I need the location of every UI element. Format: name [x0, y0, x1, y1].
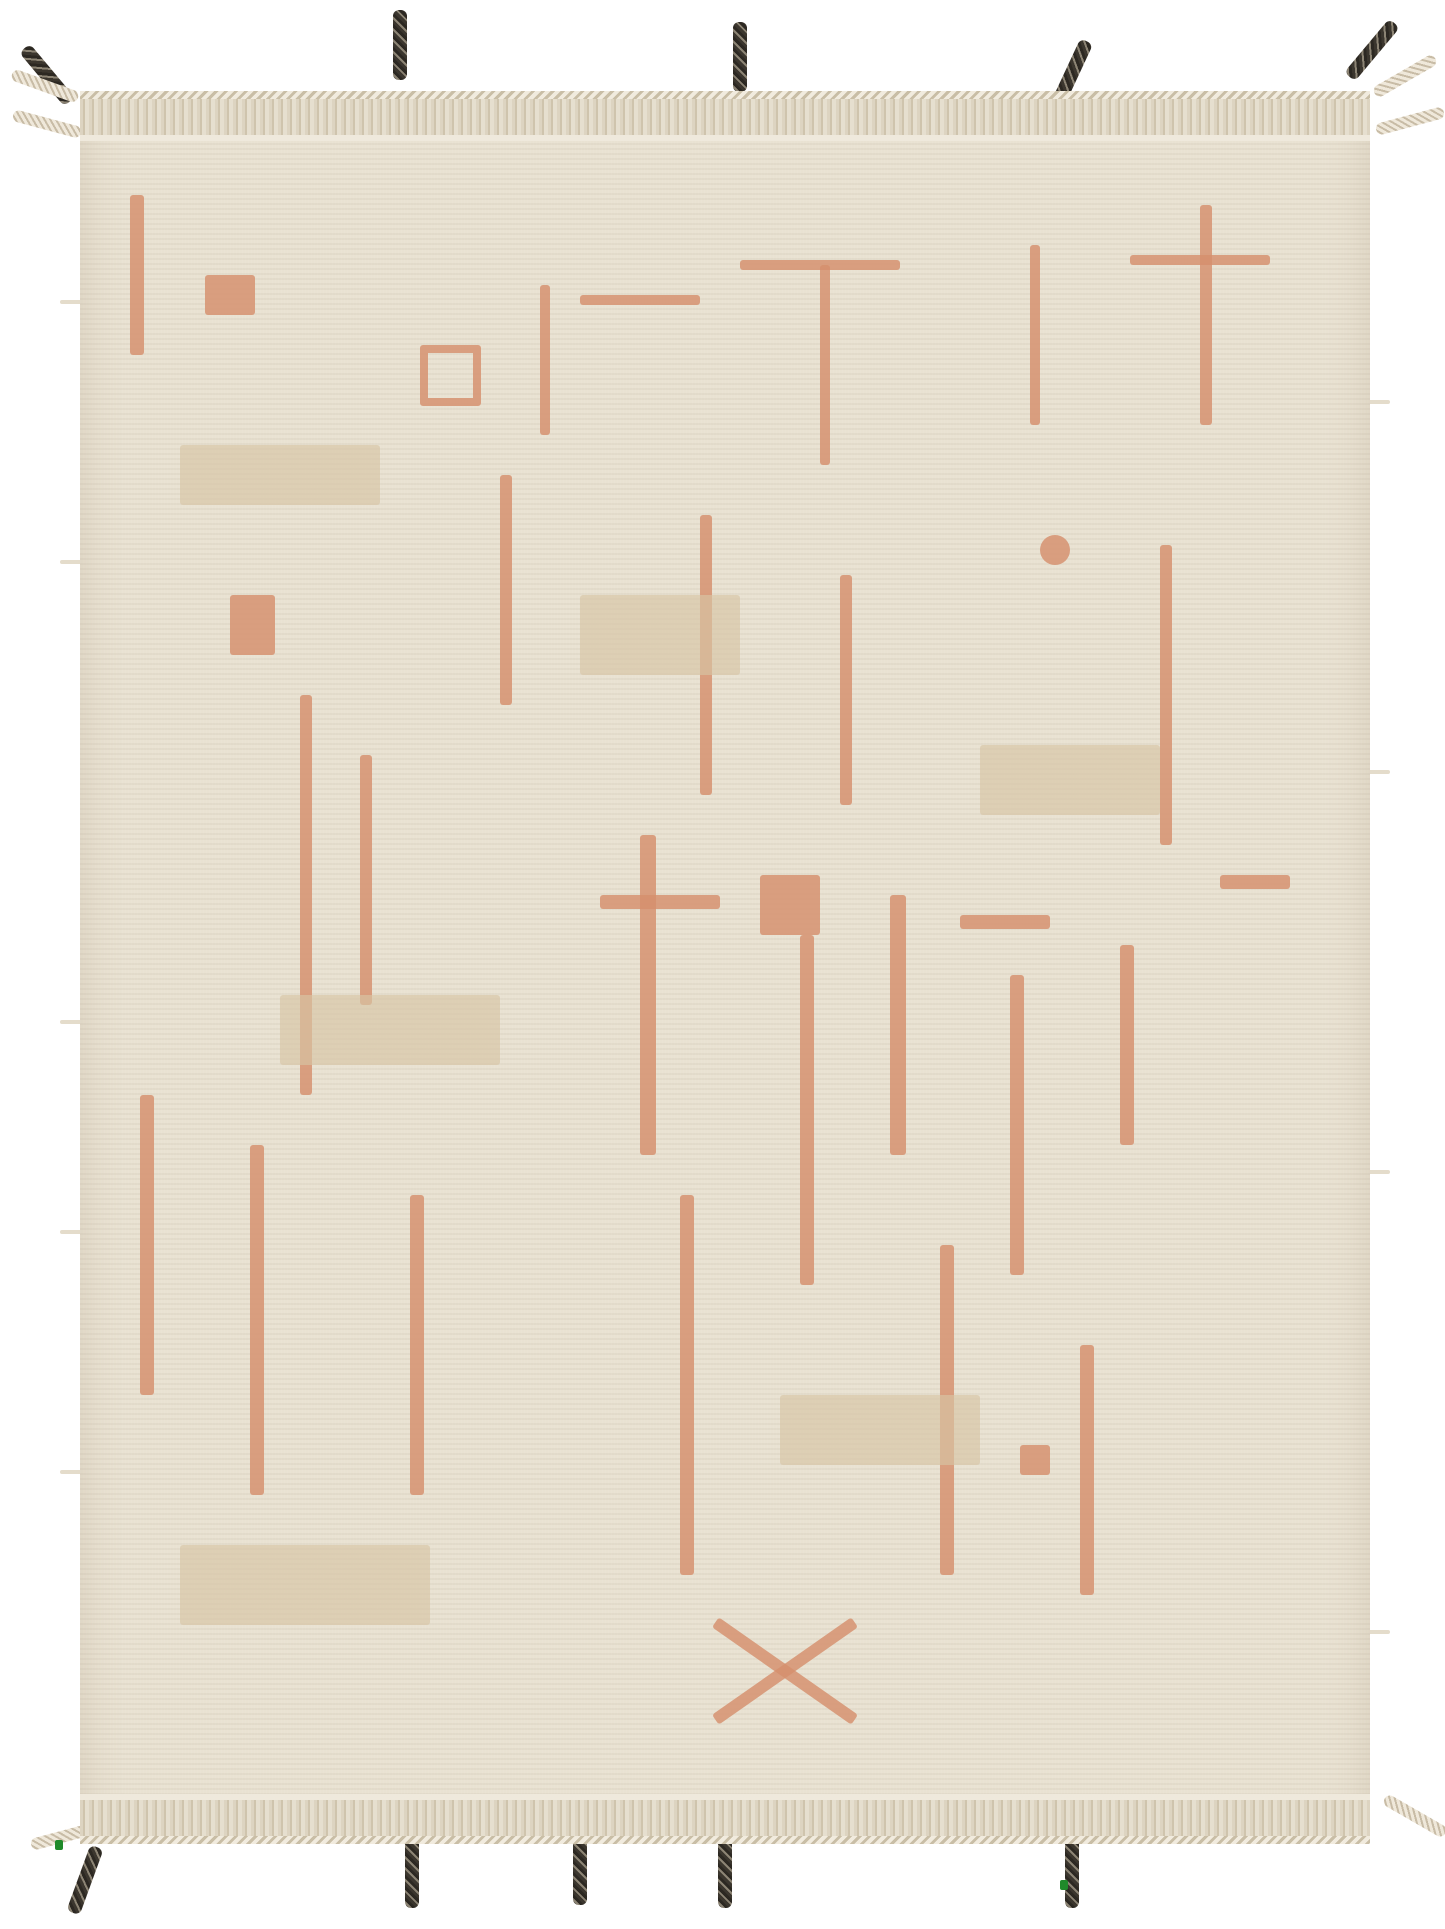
side-thread [60, 300, 82, 304]
motif [420, 345, 481, 406]
motif [680, 1195, 694, 1575]
motif [1040, 535, 1070, 565]
motif-soft [980, 745, 1160, 815]
tassel-top-3 [733, 22, 747, 92]
green-tag [1060, 1880, 1068, 1890]
tassel-bottom-4 [718, 1838, 732, 1908]
rug-top-border [80, 95, 1370, 141]
tassel-corner-tr-2 [1375, 106, 1445, 136]
motif [1120, 945, 1134, 1145]
motif [130, 195, 144, 355]
product-photo [0, 0, 1445, 1929]
motif [640, 835, 656, 1155]
motif [205, 275, 255, 315]
motif [410, 1195, 424, 1495]
tassel-corner-br [1382, 1793, 1445, 1838]
tassel-bottom-1 [66, 1845, 103, 1916]
motif [1080, 1345, 1094, 1595]
tassel-bottom-2 [405, 1838, 419, 1908]
motif [1160, 545, 1172, 845]
motif-soft [180, 445, 380, 505]
motif [1010, 975, 1024, 1275]
motif-soft [780, 1395, 980, 1465]
motif [360, 755, 372, 1005]
motif [820, 265, 830, 465]
motif [250, 1145, 264, 1495]
motif-soft [280, 995, 500, 1065]
tassel-corner-tl-2 [12, 109, 83, 139]
motif [580, 295, 700, 305]
side-thread [1368, 400, 1390, 404]
motif [500, 475, 512, 705]
motif [840, 575, 852, 805]
side-thread [1368, 770, 1390, 774]
motif [230, 595, 275, 655]
motif [1020, 1445, 1050, 1475]
motif [1200, 205, 1212, 425]
motif [600, 895, 720, 909]
tassel-top-5 [1344, 19, 1400, 82]
tassel-bottom-3 [573, 1835, 587, 1905]
motif [760, 875, 820, 935]
side-thread [60, 1230, 82, 1234]
side-thread [1368, 1170, 1390, 1174]
motif [1220, 875, 1290, 889]
motif [140, 1095, 154, 1395]
motif-soft [580, 595, 740, 675]
rug [80, 95, 1370, 1840]
side-thread [60, 1020, 82, 1024]
motif [1030, 245, 1040, 425]
green-tag [55, 1840, 63, 1850]
rug-bottom-border [80, 1794, 1370, 1840]
side-thread [60, 560, 82, 564]
motif-soft [180, 1545, 430, 1625]
tassel-top-2 [393, 10, 407, 80]
tassel-corner-tr-1 [1372, 53, 1439, 98]
side-thread [60, 1470, 82, 1474]
motif [960, 915, 1050, 929]
side-thread [1368, 1630, 1390, 1634]
motif [800, 935, 814, 1285]
motif [540, 285, 550, 435]
tassel-bottom-5 [1065, 1838, 1079, 1908]
motif [890, 895, 906, 1155]
